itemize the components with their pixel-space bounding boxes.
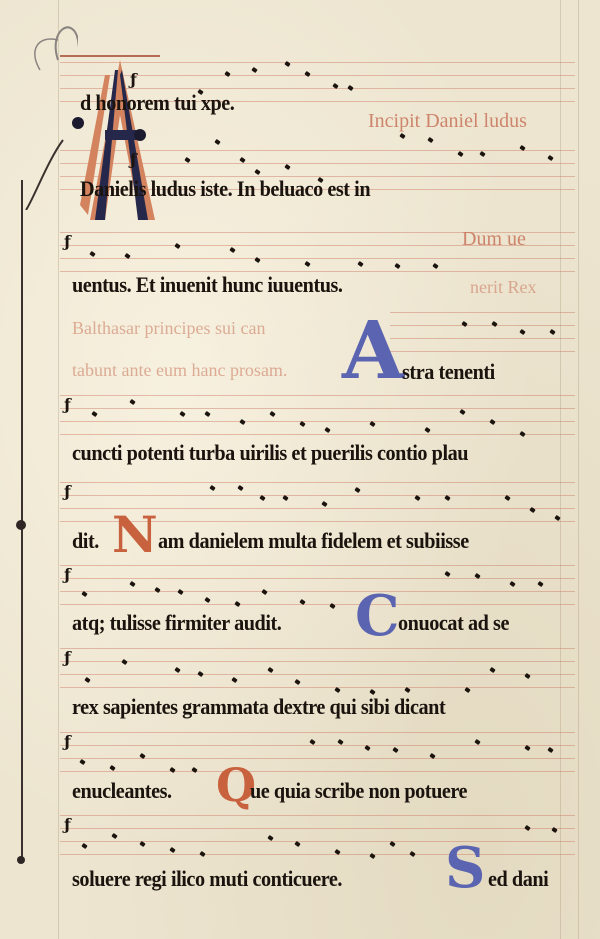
rubric: tabunt ante eum hanc prosam. [72, 355, 287, 385]
text-line: soluere regi ilico muti conticuere. [72, 862, 342, 896]
text-line: enucleantes. [72, 774, 172, 808]
text-line: am danielem multa fidelem et subiisse [158, 524, 469, 558]
text-line: cuncti potenti turba uirilis et puerilis… [72, 436, 468, 470]
rubric: Dum ue [462, 224, 526, 254]
blue-initial-C: C [355, 588, 400, 644]
text-line: dit. [72, 524, 99, 558]
text-line: onuocat ad se [398, 606, 509, 640]
text-line: uentus. Et inuenit hunc iuuentus. [72, 268, 343, 302]
text-line: ed dani [488, 862, 548, 896]
text-line: ue quia scribe non potuere [250, 774, 467, 808]
marginal-flourish-knob [17, 856, 25, 864]
text-line: rex sapientes grammata dextre qui sibi d… [72, 690, 445, 724]
ruling-line [578, 0, 579, 939]
text-line: d honorem tui xpe. [80, 86, 234, 120]
text-line: stra tenenti [402, 355, 495, 389]
marginal-flourish-knob [16, 520, 26, 530]
text-line: Danielis ludus iste. In beluaco est in [80, 172, 370, 206]
rubric: Balthasar principes sui can [72, 313, 265, 343]
manuscript-page: d honorem tui xpe. Danielis ludus iste. … [0, 0, 600, 939]
ruling-line [560, 0, 561, 939]
red-initial-N: N [112, 510, 158, 560]
text-line: atq; tulisse firmiter audit. [72, 606, 281, 640]
rubric: Incipit Daniel ludus [368, 106, 527, 136]
rubric: nerit Rex [470, 272, 536, 302]
blue-initial-A: A [342, 310, 404, 390]
blue-initial-S: S [445, 840, 485, 896]
